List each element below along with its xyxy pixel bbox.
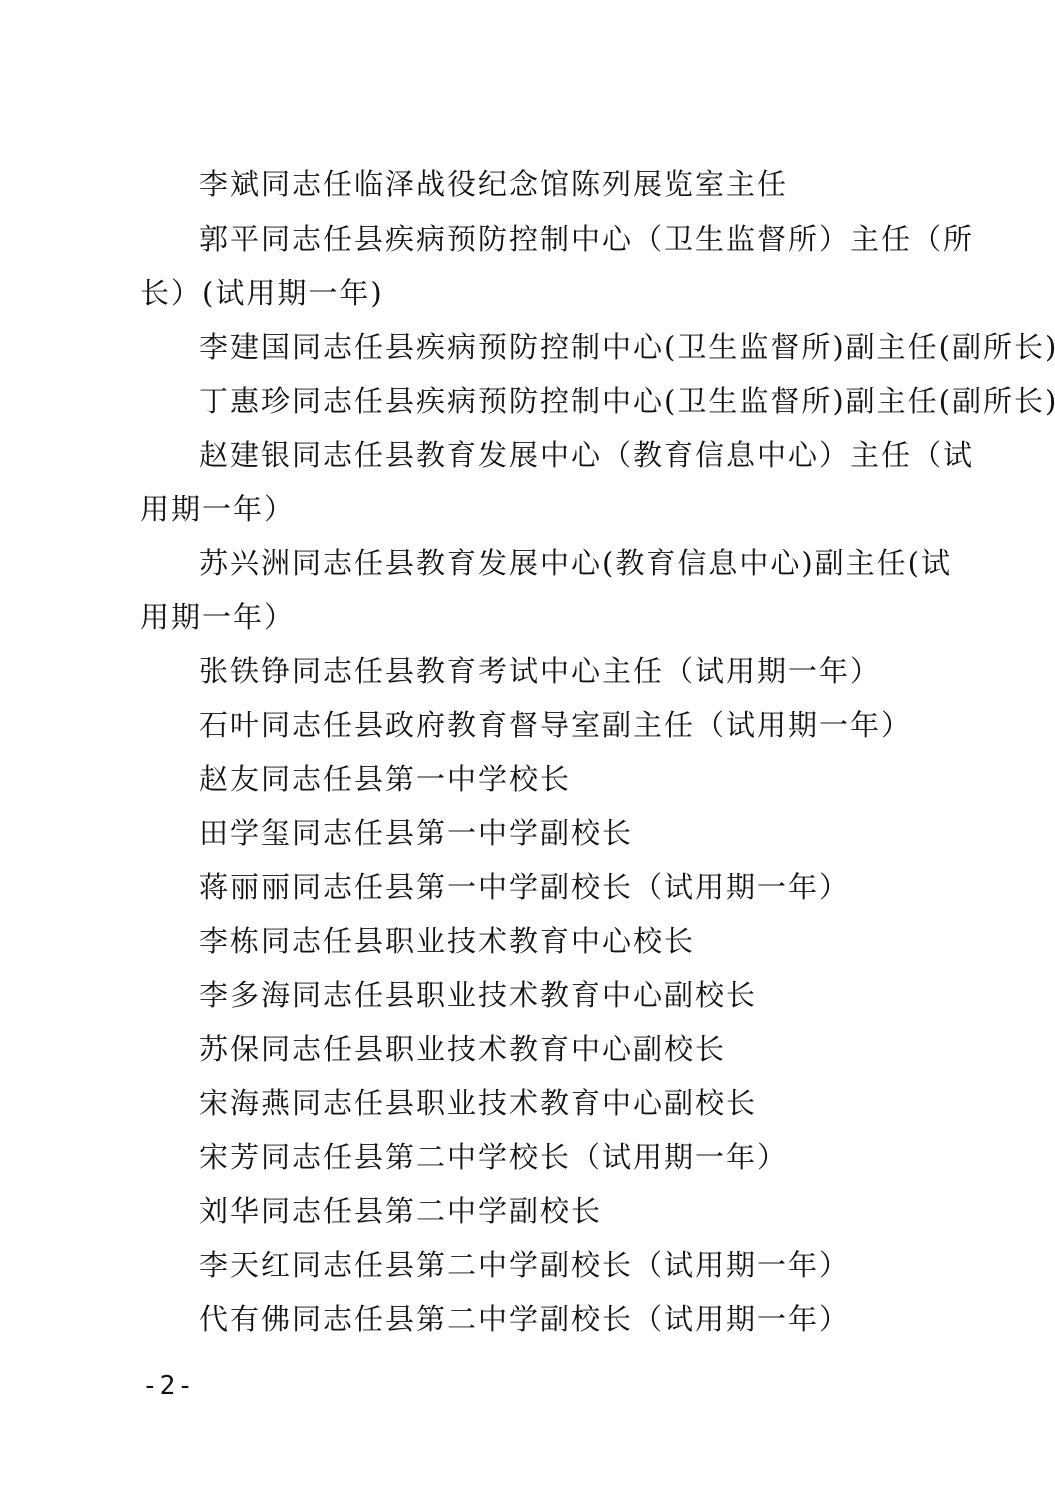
appointment-line: 宋海燕同志任县职业技术教育中心副校长: [199, 1085, 757, 1121]
appointment-line: 苏兴洲同志任县教育发展中心(教育信息中心)副主任(试: [199, 545, 952, 581]
appointment-line: 李栋同志任县职业技术教育中心校长: [199, 923, 695, 959]
page-number: -2-: [142, 1370, 195, 1402]
appointment-line: 李斌同志任临泽战役纪念馆陈列展览室主任: [199, 166, 788, 202]
appointment-line-continuation: 用期一年）: [140, 491, 295, 527]
appointment-line: 石叶同志任县政府教育督导室副主任（试用期一年）: [199, 707, 912, 743]
appointment-line-continuation: 长）(试用期一年): [140, 275, 384, 311]
appointment-line: 宋芳同志任县第二中学校长（试用期一年）: [199, 1139, 788, 1175]
appointment-line: 代有佛同志任县第二中学副校长（试用期一年）: [199, 1301, 850, 1337]
appointment-line: 张铁铮同志任县教育考试中心主任（试用期一年）: [199, 653, 881, 689]
appointment-line: 李建国同志任县疾病预防控制中心(卫生监督所)副主任(副所长): [199, 329, 1055, 365]
appointment-line-continuation: 用期一年）: [140, 599, 295, 635]
appointment-line: 李多海同志任县职业技术教育中心副校长: [199, 977, 757, 1013]
document-page: 李斌同志任临泽战役纪念馆陈列展览室主任郭平同志任县疾病预防控制中心（卫生监督所）…: [0, 0, 1055, 1493]
appointment-line: 赵建银同志任县教育发展中心（教育信息中心）主任（试: [199, 437, 974, 473]
appointment-line: 蒋丽丽同志任县第一中学副校长（试用期一年）: [199, 869, 850, 905]
appointment-line: 丁惠珍同志任县疾病预防控制中心(卫生监督所)副主任(副所长): [199, 383, 1055, 419]
appointment-line: 田学玺同志任县第一中学副校长: [199, 815, 633, 851]
appointment-line: 赵友同志任县第一中学校长: [199, 761, 571, 797]
appointment-line: 刘华同志任县第二中学副校长: [199, 1193, 602, 1229]
appointment-line: 苏保同志任县职业技术教育中心副校长: [199, 1031, 726, 1067]
appointment-line: 郭平同志任县疾病预防控制中心（卫生监督所）主任（所: [199, 221, 974, 257]
appointment-line: 李天红同志任县第二中学副校长（试用期一年）: [199, 1247, 850, 1283]
